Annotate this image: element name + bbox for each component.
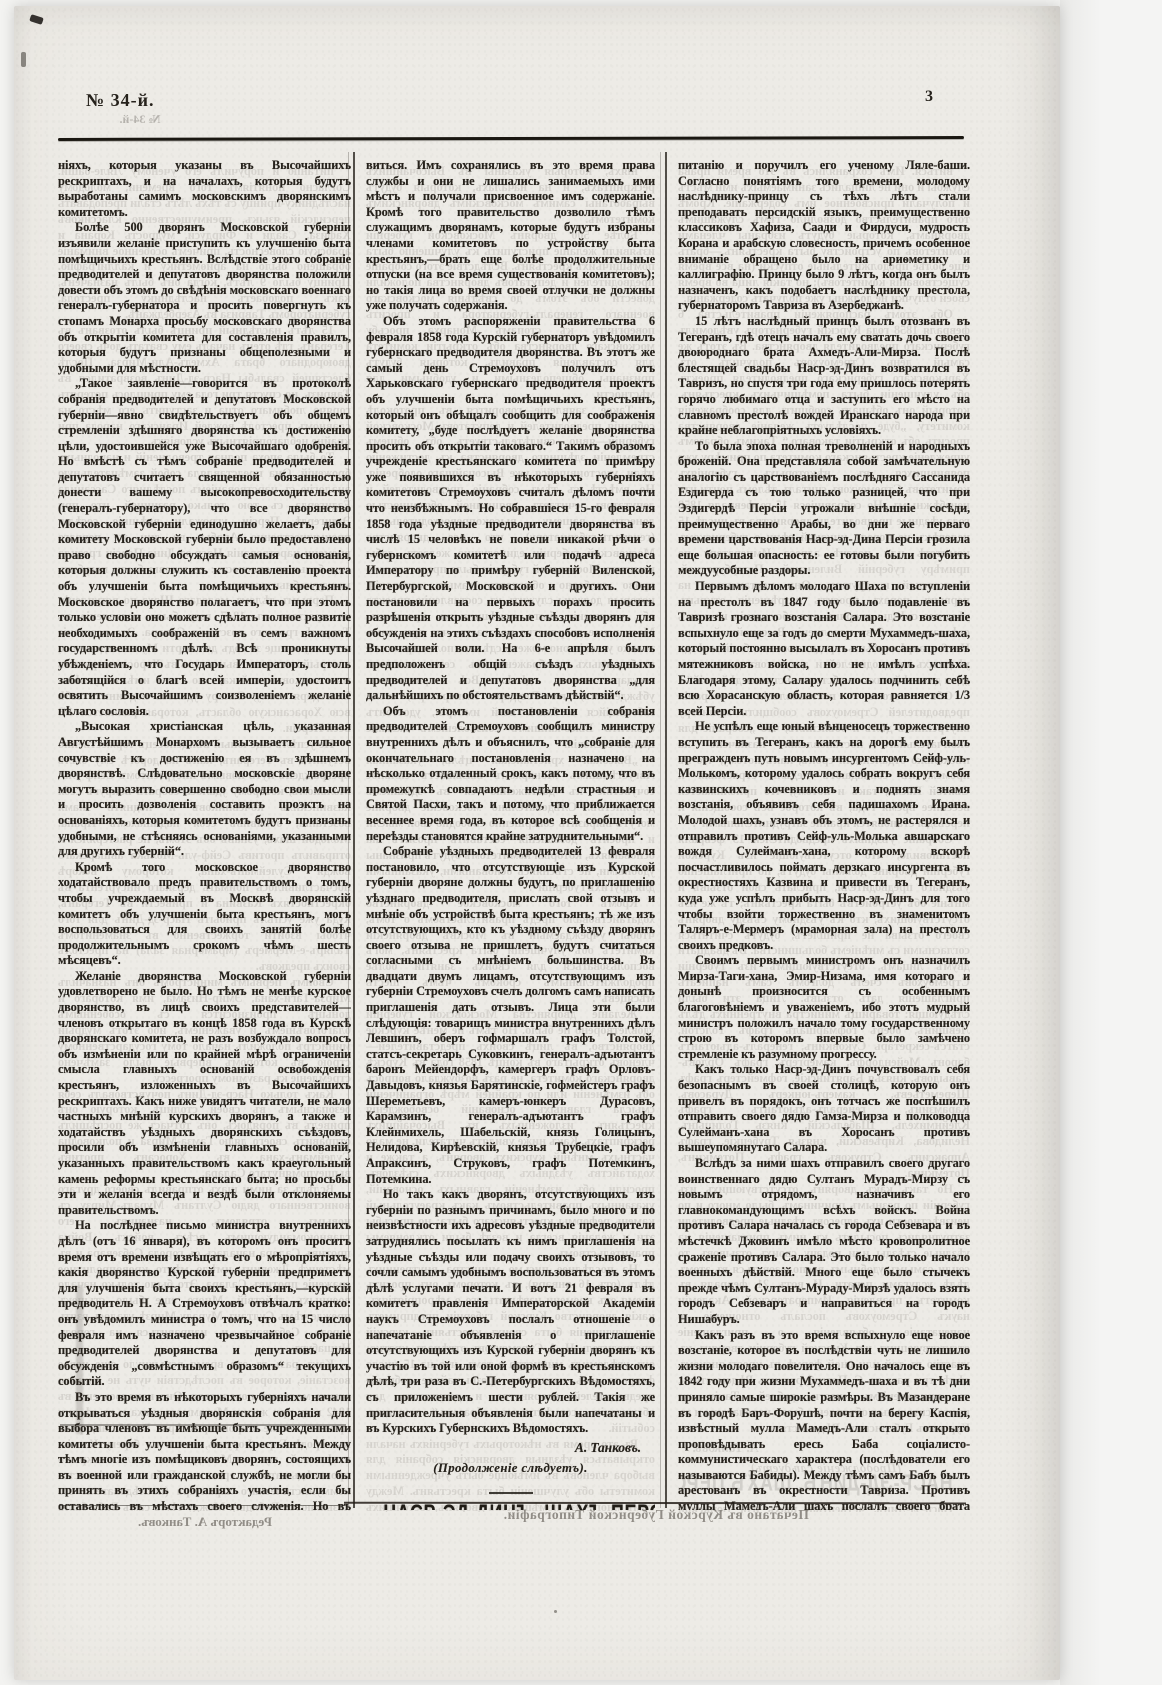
ink-speck <box>29 14 44 25</box>
newspaper-page: питанію и поручилъ его ученому Ляле-баши… <box>14 6 1060 1680</box>
paragraph: „Высокая христіанская цѣль, указанная Ав… <box>58 719 351 859</box>
paragraph: Первымъ дѣломъ молодаго Шаха по вступлен… <box>678 579 970 719</box>
paragraph: Какъ только Наср-эд-Динъ почувствовалъ с… <box>678 1062 970 1156</box>
article-body: ніяхъ, которыя указаны въ Высочайшихъ ре… <box>58 158 351 1510</box>
paragraph: Болѣе 500 дворянъ Московской губерніи из… <box>58 220 351 376</box>
paragraph: Кромѣ того московское дворянство ходатай… <box>58 860 351 969</box>
paragraph: Но такъ какъ дворянъ, отсутствующихъ изъ… <box>366 1187 655 1437</box>
paragraph: Какъ разъ въ это время вспыхнуло еще нов… <box>678 1328 970 1510</box>
scanner-background <box>1060 0 1162 1685</box>
continuation-note: (Продолженіе слѣдуетъ). <box>366 1461 655 1477</box>
paragraph: ніяхъ, которыя указаны въ Высочайшихъ ре… <box>58 158 351 220</box>
paragraph: На послѣднее письмо министра внутреннихъ… <box>58 1218 351 1390</box>
ink-speck <box>554 1610 557 1613</box>
column-divider <box>353 152 355 1508</box>
article-body: виться. Имъ сохранялись въ это время пра… <box>366 158 655 1437</box>
column-divider <box>665 152 667 1508</box>
paragraph: Желаніе дворянства Московской губерніи у… <box>58 969 351 1219</box>
paragraph: То была эпоха полная треволненій и народ… <box>678 439 970 579</box>
paragraph: Объ этомъ постановленіи собранія предвод… <box>366 704 655 844</box>
bleedthrough-editor-line: Редакторъ А. Танковъ. <box>74 1514 336 1530</box>
scanned-newspaper-screenshot: { "page": { "issue_label": "№ 34-й.", "p… <box>0 0 1162 1685</box>
article-body: питанію и поручилъ его ученому Ляле-баши… <box>678 158 970 1510</box>
paragraph: Въ это время въ нѣкоторыхъ губерніяхъ на… <box>58 1390 351 1510</box>
paragraph: „Такое заявленіе—говорится въ протоколѣ … <box>58 376 351 719</box>
paragraph: Вслѣдъ за ними шахъ отправилъ своего дру… <box>678 1156 970 1328</box>
author-signature: А. Танковъ. <box>366 1440 655 1456</box>
paragraph: 15 лѣтъ наслѣдный принцъ былъ отозванъ в… <box>678 314 970 439</box>
paragraph: Своимъ первымъ министромъ онъ назначилъ … <box>678 953 970 1062</box>
paragraph: виться. Имъ сохранялись въ это время пра… <box>366 158 655 314</box>
ink-speck <box>21 52 26 67</box>
ink-streak <box>76 1286 83 1434</box>
page-number: 3 <box>916 88 942 106</box>
paragraph: Не успѣлъ еще юный вѣнценосецъ торжестве… <box>678 719 970 953</box>
paragraph: Объ этомъ распоряженіи правительства 6 ф… <box>366 314 655 704</box>
text-column-left: ніяхъ, которыя указаны въ Высочайшихъ ре… <box>58 158 351 1510</box>
section-divider-rule <box>489 1492 533 1494</box>
footer-rule <box>60 1505 347 1506</box>
paragraph: Собраніе уѣздныхъ предводителей 13 февра… <box>366 844 655 1187</box>
bleedthrough-imprint-line: Печатано въ Курской Губернской Типографі… <box>350 1507 962 1523</box>
text-column-middle: виться. Имъ сохранялись въ это время пра… <box>366 158 655 1510</box>
bleedthrough-issue-number: № 34-й. <box>80 112 200 127</box>
text-column-right: питанію и поручилъ его ученому Ляле-баши… <box>678 158 970 1510</box>
paragraph: питанію и поручилъ его ученому Ляле-баши… <box>678 158 970 314</box>
issue-number-label: № 34-й. <box>86 90 154 111</box>
header-rule <box>58 136 964 141</box>
column-divider <box>660 152 661 1508</box>
ink-smudge-line <box>60 1424 346 1426</box>
